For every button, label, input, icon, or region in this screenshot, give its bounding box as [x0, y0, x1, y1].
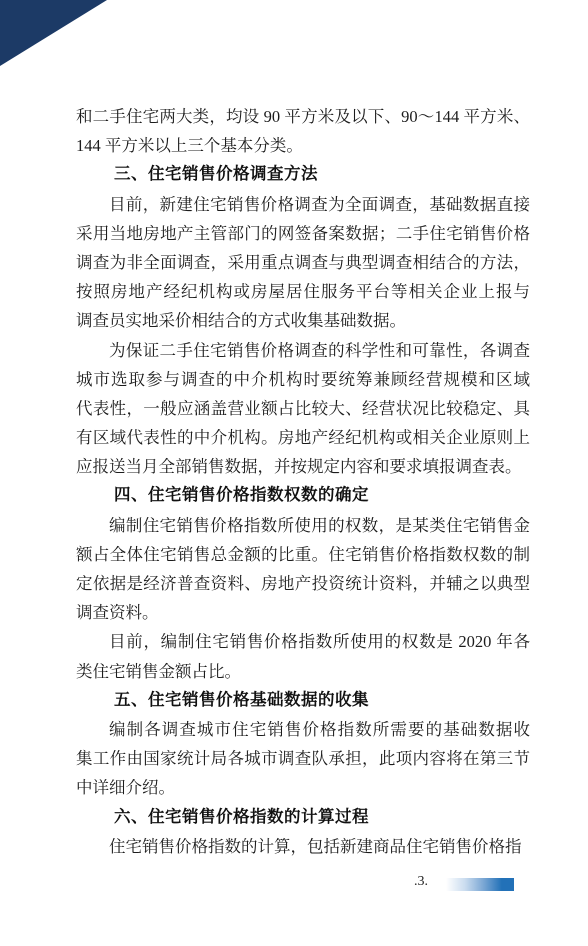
text-line: 和二手住宅两大类，均设 90 平方米及以下、90～144 平方米、	[76, 102, 530, 131]
text-line: 代表性，一般应涵盖营业额占比较大、经营状况比较稳定、具	[76, 394, 530, 423]
text-line: 144 平方米以上三个基本分类。	[76, 131, 530, 160]
section-heading: 六、住宅销售价格指数的计算过程	[76, 803, 530, 832]
text-line: 有区域代表性的中介机构。房地产经纪机构或相关企业原则上	[76, 423, 530, 452]
footer-gradient-bar	[446, 878, 514, 891]
text-line: 编制各调查城市住宅销售价格指数所需要的基础数据收	[76, 715, 530, 744]
text-line: 类住宅销售金额占比。	[76, 657, 530, 686]
text-line: 集工作由国家统计局各城市调查队承担，此项内容将在第三节	[76, 744, 530, 773]
text-line: 采用当地房地产主管部门的网签备案数据；二手住宅销售价格	[76, 219, 530, 248]
text-line: 编制住宅销售价格指数所使用的权数，是某类住宅销售金	[76, 511, 530, 540]
text-line: 调查员实地采价相结合的方式收集基础数据。	[76, 306, 530, 335]
text-column: 和二手住宅两大类，均设 90 平方米及以下、90～144 平方米、144 平方米…	[76, 102, 530, 861]
text-line: 目前，编制住宅销售价格指数所使用的权数是 2020 年各	[76, 627, 530, 656]
text-line: 应报送当月全部销售数据，并按规定内容和要求填报调查表。	[76, 452, 530, 481]
corner-triangle-decoration	[0, 0, 107, 66]
section-heading: 五、住宅销售价格基础数据的收集	[76, 686, 530, 715]
document-page: 和二手住宅两大类，均设 90 平方米及以下、90～144 平方米、144 平方米…	[0, 0, 588, 946]
page-number: .3.	[402, 874, 440, 890]
section-heading: 四、住宅销售价格指数权数的确定	[76, 481, 530, 510]
text-line: 中详细介绍。	[76, 773, 530, 802]
text-line: 调查为非全面调查，采用重点调查与典型调查相结合的方法，	[76, 248, 530, 277]
text-line: 为保证二手住宅销售价格调查的科学性和可靠性，各调查	[76, 336, 530, 365]
text-line: 调查资料。	[76, 598, 530, 627]
text-line: 定依据是经济普查资料、房地产投资统计资料，并辅之以典型	[76, 569, 530, 598]
text-line: 住宅销售价格指数的计算，包括新建商品住宅销售价格指	[76, 832, 530, 861]
text-line: 按照房地产经纪机构或房屋居住服务平台等相关企业上报与	[76, 277, 530, 306]
text-line: 额占全体住宅销售总金额的比重。住宅销售价格指数权数的制	[76, 540, 530, 569]
section-heading: 三、住宅销售价格调查方法	[76, 160, 530, 189]
text-line: 目前，新建住宅销售价格调查为全面调查，基础数据直接	[76, 190, 530, 219]
text-line: 城市选取参与调查的中介机构时要统筹兼顾经营规模和区域	[76, 365, 530, 394]
